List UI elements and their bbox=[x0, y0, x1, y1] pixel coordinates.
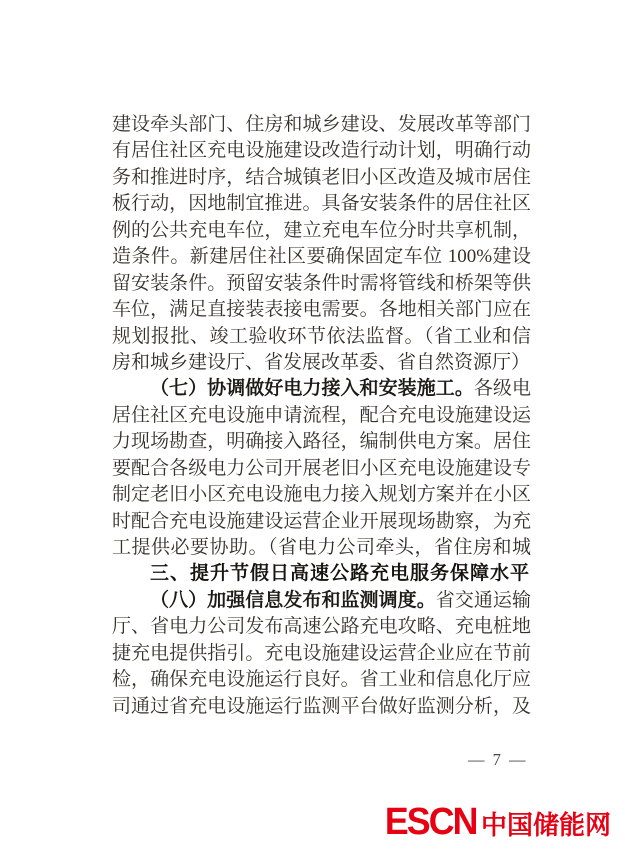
body-text: 造条件。新建居住社区要确保固定车位 100%建设充电设施或预 bbox=[112, 246, 531, 270]
body-text: 要配合各级电力公司开展老旧小区充电设施建设专项调研，配合 bbox=[112, 458, 531, 482]
text-line: 司通过省充电设施运行监测平台做好监测分析，及时发布高速公 bbox=[112, 694, 531, 720]
text-line: 居住社区充电设施申请流程，配合充电设施建设运营企业开展电 bbox=[112, 403, 531, 429]
text-line: 力现场勘查，明确接入路径，编制供电方案。居住社区管理单位 bbox=[112, 429, 531, 455]
text-line: 捷充电提供指引。充电设施建设运营企业应在节前进行全面巡 bbox=[112, 641, 531, 667]
text-line: 留安装条件。预留安装条件时需将管线和桥架等供电设施建设到 bbox=[112, 271, 531, 297]
text-line: 检，确保充电设施运行良好。省工业和信息化厅应会同省电力公 bbox=[112, 667, 531, 693]
escn-watermark-logo: ESCN 中国储能网 bbox=[379, 801, 611, 844]
text-line: 房和城乡建设厅、省发展改革委、省自然资源厅） bbox=[112, 350, 531, 376]
body-text: 板行动，因地制宜推进。具备安装条件的居住社区要配建一定比 bbox=[112, 193, 531, 217]
text-line: 板行动，因地制宜推进。具备安装条件的居住社区要配建一定比 bbox=[112, 191, 531, 217]
text-line: 有居住社区充电设施建设改造行动计划，明确行动目标、重点任 bbox=[112, 138, 531, 164]
body-text: 居住社区充电设施申请流程，配合充电设施建设运营企业开展电 bbox=[112, 405, 531, 429]
body-text: 时配合充电设施建设运营企业开展现场勘察，为充电设施安装施 bbox=[112, 511, 531, 535]
document-page: 建设牵头部门、住房和城乡建设、发展改革等部门应研究制定既有居住社区充电设施建设改… bbox=[0, 0, 625, 854]
body-text: 留安装条件。预留安装条件时需将管线和桥架等供电设施建设到 bbox=[112, 273, 531, 297]
text-line: 厅、省电力公司发布高速公路充电攻略、充电桩地图，为车主便 bbox=[112, 614, 531, 640]
body-text: 力现场勘查，明确接入路径，编制供电方案。居住社区管理单位 bbox=[112, 431, 531, 455]
text-line: 规划报批、竣工验收环节依法监督。（省工业和信息化厅、省住 bbox=[112, 324, 531, 350]
text-line: 三、提升节假日高速公路充电服务保障水平 bbox=[112, 561, 531, 587]
text-line: 车位，满足直接装表接电需要。各地相关部门应在新建住宅项目 bbox=[112, 297, 531, 323]
body-text: 厅、省电力公司发布高速公路充电攻略、充电桩地图，为车主便 bbox=[112, 616, 531, 640]
body-text: 检，确保充电设施运行良好。省工业和信息化厅应会同省电力公 bbox=[112, 669, 531, 693]
bold-lead-text: （七）协调做好电力接入和安装施工。 bbox=[150, 378, 474, 399]
text-line: （七）协调做好电力接入和安装施工。各级电力公司要简化 bbox=[112, 376, 531, 402]
text-line: 制定老旧小区充电设施电力接入规划方案并在小区进行公示；同 bbox=[112, 482, 531, 508]
text-line: 时配合充电设施建设运营企业开展现场勘察，为充电设施安装施 bbox=[112, 509, 531, 535]
logo-escn-text: ESCN bbox=[385, 801, 477, 844]
logo-cjk-text: 中国储能网 bbox=[481, 805, 611, 842]
body-text: 工提供必要协助。 bbox=[112, 537, 268, 558]
heading-section3: 三、提升节假日高速公路充电服务保障水平 bbox=[112, 561, 531, 587]
body-text: 捷充电提供指引。充电设施建设运营企业应在节前进行全面巡 bbox=[112, 643, 531, 667]
body-text: 建设牵头部门、住房和城乡建设、发展改革等部门应研究制定既 bbox=[112, 114, 531, 138]
body-text: 司通过省充电设施运行监测平台做好监测分析，及时发布高速公 bbox=[112, 696, 531, 720]
bold-lead-text: 三、提升节假日高速公路充电服务保障水平 bbox=[150, 563, 530, 584]
text-line: 例的公共充电车位，建立充电车位分时共享机制，为用户充电创 bbox=[112, 218, 531, 244]
text-line: 建设牵头部门、住房和城乡建设、发展改革等部门应研究制定既 bbox=[112, 112, 531, 138]
text-line: （八）加强信息发布和监测调度。省交通运输厅联合省工信 bbox=[112, 588, 531, 614]
para-continued-item6: 建设牵头部门、住房和城乡建设、发展改革等部门应研究制定既有居住社区充电设施建设改… bbox=[112, 112, 531, 376]
para-item8: （八）加强信息发布和监测调度。省交通运输厅联合省工信厅、省电力公司发布高速公路充… bbox=[112, 588, 531, 720]
body-text: 例的公共充电车位，建立充电车位分时共享机制，为用户充电创 bbox=[112, 220, 531, 244]
text-line: 要配合各级电力公司开展老旧小区充电设施建设专项调研，配合 bbox=[112, 456, 531, 482]
body-text: 务和推进时序，结合城镇老旧小区改造及城市居住社区建设补短 bbox=[112, 167, 531, 191]
body-text: 车位，满足直接装表接电需要。各地相关部门应在新建住宅项目 bbox=[112, 299, 531, 323]
body-text: 有居住社区充电设施建设改造行动计划，明确行动目标、重点任 bbox=[112, 140, 531, 164]
kaiti-dept-text: 房和城乡建设厅、省发展改革委、省自然资源厅） bbox=[112, 352, 530, 373]
text-line: 务和推进时序，结合城镇老旧小区改造及城市居住社区建设补短 bbox=[112, 165, 531, 191]
para-item7: （七）协调做好电力接入和安装施工。各级电力公司要简化居住社区充电设施申请流程，配… bbox=[112, 376, 531, 561]
page-number: — 7 — bbox=[468, 750, 528, 770]
body-text: 规划报批、竣工验收环节依法监督。 bbox=[112, 326, 424, 347]
text-line: 造条件。新建居住社区要确保固定车位 100%建设充电设施或预 bbox=[112, 244, 531, 270]
document-body: 建设牵头部门、住房和城乡建设、发展改革等部门应研究制定既有居住社区充电设施建设改… bbox=[112, 112, 531, 720]
text-line: 工提供必要协助。（省电力公司牵头，省住房和城乡建设厅配合） bbox=[112, 535, 531, 561]
bold-lead-text: （八）加强信息发布和监测调度。 bbox=[150, 590, 436, 611]
body-text: 制定老旧小区充电设施电力接入规划方案并在小区进行公示；同 bbox=[112, 484, 531, 508]
